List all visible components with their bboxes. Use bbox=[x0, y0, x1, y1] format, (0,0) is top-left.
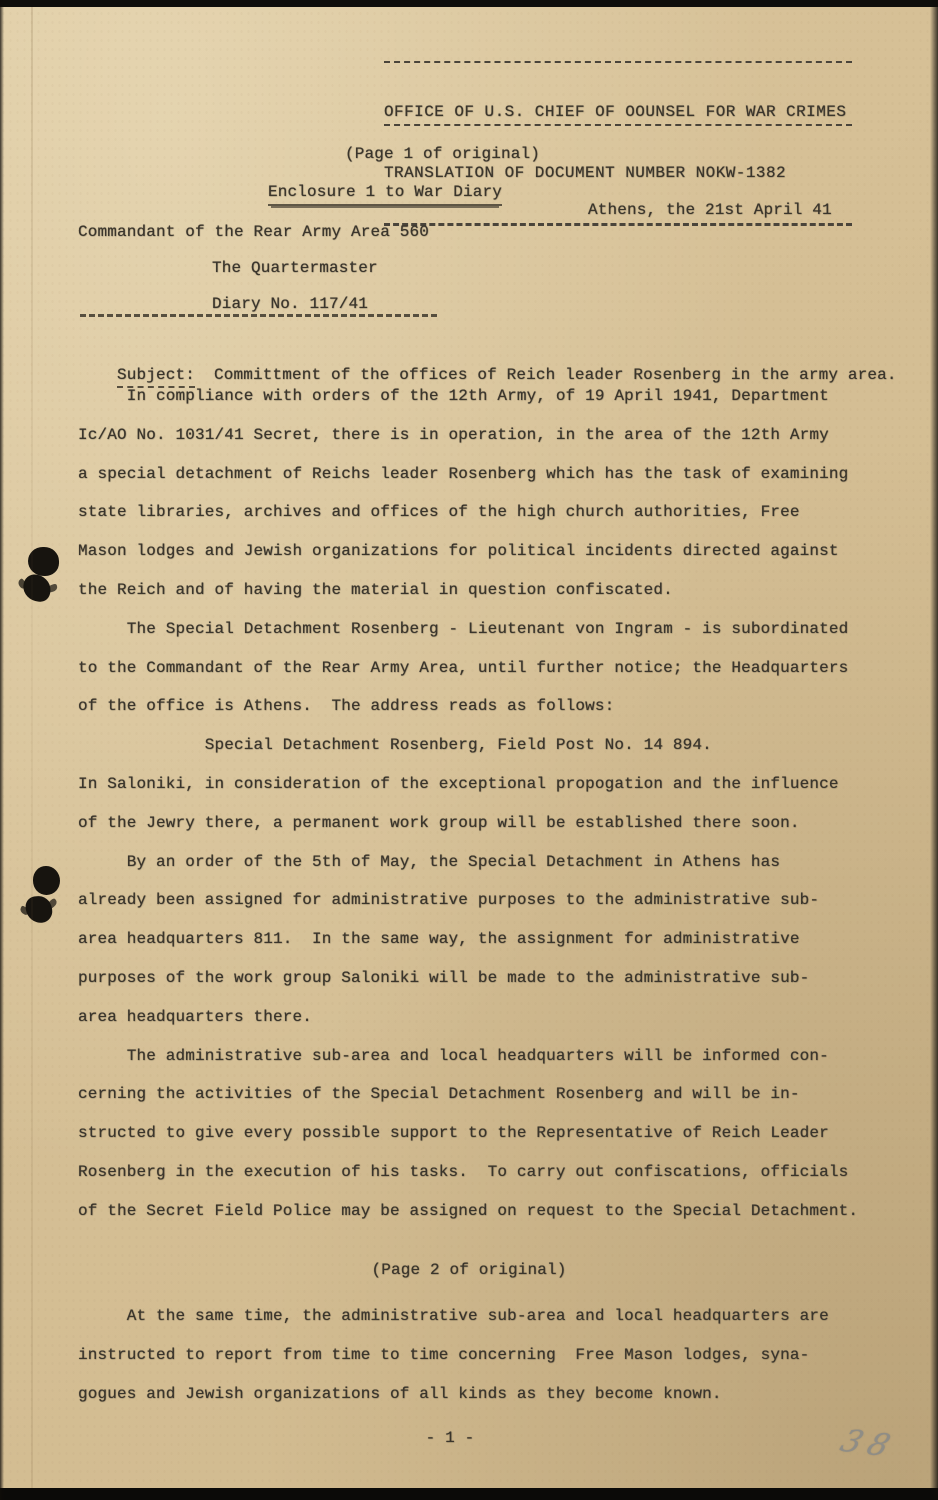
enclosure-heading: Enclosure 1 to War Diary bbox=[268, 183, 502, 206]
body-text-page2: At the same time, the administrative sub… bbox=[78, 1297, 883, 1413]
typewritten-line: structed to give every possible support … bbox=[78, 1114, 883, 1153]
dateline: Athens, the 21st April 41 bbox=[588, 201, 832, 219]
sender-line: Commandant of the Rear Army Area 560 bbox=[78, 223, 429, 241]
typewritten-line: In Saloniki, in consideration of the exc… bbox=[78, 765, 883, 804]
typewritten-line: of the Secret Field Police may be assign… bbox=[78, 1192, 883, 1231]
stamp-document-number-line: TRANSLATION OF DOCUMENT NUMBER NOKW-1382 bbox=[384, 163, 852, 185]
paper-fold-line bbox=[31, 7, 33, 1488]
typewritten-line: Rosenberg in the execution of his tasks.… bbox=[78, 1153, 883, 1192]
punch-hole-mark-lower-blot bbox=[24, 894, 54, 924]
typewritten-line: area headquarters there. bbox=[78, 998, 883, 1037]
scan-edge-right bbox=[930, 0, 938, 1500]
typewritten-line: The Special Detachment Rosenberg - Lieut… bbox=[78, 610, 883, 649]
scan-edge-top bbox=[0, 0, 938, 7]
diary-underline-rule bbox=[80, 314, 437, 317]
stamp-office-line: OFFICE OF U.S. CHIEF OF OOUNSEL FOR WAR … bbox=[384, 102, 852, 126]
quartermaster-line: The Quartermaster bbox=[212, 259, 378, 277]
typewritten-line: Mason lodges and Jewish organizations fo… bbox=[78, 532, 883, 571]
typewritten-line: Ic/AO No. 1031/41 Secret, there is in op… bbox=[78, 416, 883, 455]
typewritten-line: already been assigned for administrative… bbox=[78, 881, 883, 920]
typewritten-line: a special detachment of Reichs leader Ro… bbox=[78, 455, 883, 494]
punch-hole-mark-lower-circle bbox=[33, 866, 60, 895]
scan-edge-left bbox=[0, 0, 4, 1500]
typewritten-line: of the Jewry there, a permanent work gro… bbox=[78, 804, 883, 843]
typewritten-line: At the same time, the administrative sub… bbox=[78, 1297, 883, 1336]
typewritten-line: instructed to report from time to time c… bbox=[78, 1336, 883, 1375]
diary-number-line: Diary No. 117/41 bbox=[212, 295, 368, 313]
scan-edge-bottom bbox=[0, 1488, 938, 1500]
typewritten-line: The administrative sub-area and local he… bbox=[78, 1037, 883, 1076]
typewritten-line: Special Detachment Rosenberg, Field Post… bbox=[78, 726, 883, 765]
page1-of-original-marker: (Page 1 of original) bbox=[345, 145, 540, 163]
typewritten-line: to the Commandant of the Rear Army Area,… bbox=[78, 649, 883, 688]
scanned-document-page: OFFICE OF U.S. CHIEF OF OOUNSEL FOR WAR … bbox=[0, 0, 938, 1500]
typewritten-line: By an order of the 5th of May, the Speci… bbox=[78, 843, 883, 882]
typewritten-line: the Reich and of having the material in … bbox=[78, 571, 883, 610]
typewritten-line: cerning the activities of the Special De… bbox=[78, 1075, 883, 1114]
typewritten-line: of the office is Athens. The address rea… bbox=[78, 687, 883, 726]
page-number: - 1 - bbox=[380, 1429, 520, 1447]
handwritten-pencil-number: 38 bbox=[836, 1423, 902, 1464]
typewritten-line: state libraries, archives and offices of… bbox=[78, 493, 883, 532]
typewritten-line: area headquarters 811. In the same way, … bbox=[78, 920, 883, 959]
page2-of-original-marker: (Page 2 of original) bbox=[0, 1261, 938, 1279]
typewritten-line: In compliance with orders of the 12th Ar… bbox=[78, 377, 883, 416]
typewritten-line: purposes of the work group Saloniki will… bbox=[78, 959, 883, 998]
typewritten-line: gogues and Jewish organizations of all k… bbox=[78, 1375, 883, 1414]
punch-hole-mark-upper-blot bbox=[20, 572, 53, 604]
body-text-page1: In compliance with orders of the 12th Ar… bbox=[78, 377, 883, 1231]
